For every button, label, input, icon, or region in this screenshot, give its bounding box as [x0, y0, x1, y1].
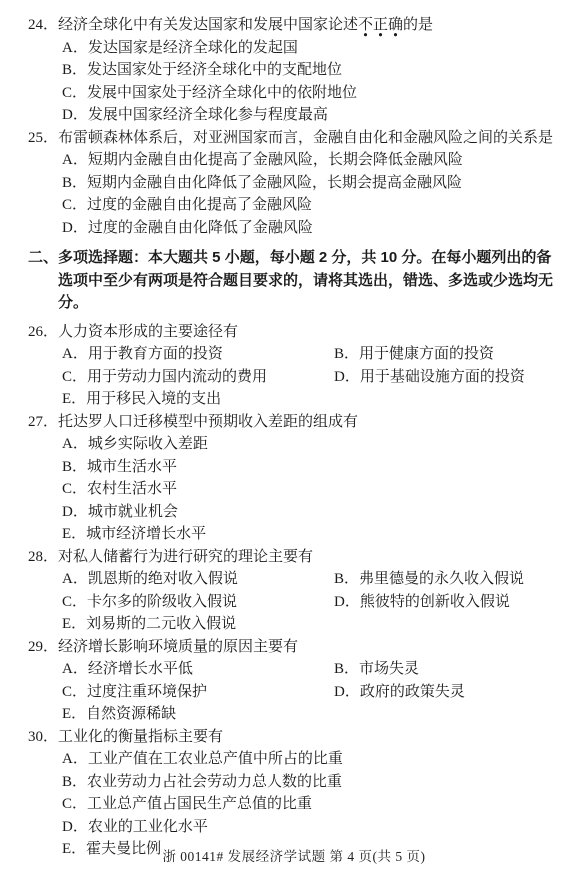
question-number: 29．: [28, 636, 58, 726]
option-b: B．城市生活水平: [58, 456, 566, 479]
option-b: B．短期内金融自由化降低了金融风险，长期会提高金融风险: [58, 172, 566, 195]
section-label: 二、: [28, 247, 58, 315]
question-stem: 托达罗人口迁移模型中预期收入差距的组成有: [58, 411, 566, 434]
question-number: 30．: [28, 726, 58, 861]
option-b: B．市场失灵: [334, 658, 566, 681]
option-c: C．过度注重环境保护: [62, 681, 334, 704]
option-c: C．农村生活水平: [58, 478, 566, 501]
question-stem: 布雷顿森林体系后，对亚洲国家而言，金融自由化和金融风险之间的关系是: [58, 127, 566, 150]
question-stem: 工业化的衡量指标主要有: [58, 726, 566, 749]
option-d: D．过度的金融自由化降低了金融风险: [58, 217, 566, 240]
options-grid: A．凯恩斯的绝对收入假说 B．弗里德曼的永久收入假说 C．卡尔多的阶级收入假说 …: [58, 568, 566, 636]
option-c: C．过度的金融自由化提高了金融风险: [58, 194, 566, 217]
options-grid: A．经济增长水平低 B．市场失灵 C．过度注重环境保护 D．政府的政策失灵 E．…: [58, 658, 566, 726]
question-25: 25． 布雷顿森林体系后，对亚洲国家而言，金融自由化和金融风险之间的关系是 A．…: [28, 127, 566, 240]
question-number: 27．: [28, 411, 58, 546]
page-footer: 浙 00141# 发展经济学试题 第 4 页(共 5 页): [0, 845, 588, 865]
option-d: D．熊彼特的创新收入假说: [334, 591, 566, 614]
question-29: 29． 经济增长影响环境质量的原因主要有 A．经济增长水平低 B．市场失灵 C．…: [28, 636, 566, 726]
option-b: B．弗里德曼的永久收入假说: [334, 568, 566, 591]
option-e: E．刘易斯的二元收入假说: [62, 613, 334, 636]
option-c: C．用于劳动力国内流动的费用: [62, 366, 334, 389]
question-number: 25．: [28, 127, 58, 240]
option-e: E．自然资源稀缺: [62, 703, 334, 726]
question-24: 24． 经济全球化中有关发达国家和发展中国家论述不正确的是 A．发达国家是经济全…: [28, 14, 566, 127]
question-30: 30． 工业化的衡量指标主要有 A．工业产值在工农业总产值中所占的比重 B．农业…: [28, 726, 566, 861]
stem-emphasis: 不正确: [358, 17, 403, 38]
option-a: A．用于教育方面的投资: [62, 343, 334, 366]
option-b: B．用于健康方面的投资: [334, 343, 566, 366]
option-e: E．用于移民入境的支出: [62, 388, 334, 411]
stem-text: 经济全球化中有关发达国家和发展中国家论述: [58, 17, 358, 33]
exam-page: { "section": { "label": "二、", "text": "多…: [0, 0, 588, 882]
option-e: E．城市经济增长水平: [58, 523, 566, 546]
option-a: A．发达国家是经济全球化的发起国: [58, 37, 566, 60]
section-instructions: 多项选择题：本大题共 5 小题，每小题 2 分，共 10 分。在每小题列出的备选…: [58, 247, 566, 315]
question-26: 26． 人力资本形成的主要途径有 A．用于教育方面的投资 B．用于健康方面的投资…: [28, 321, 566, 411]
question-stem: 对私人储蓄行为进行研究的理论主要有: [58, 546, 566, 569]
option-c: C．卡尔多的阶级收入假说: [62, 591, 334, 614]
option-c: C．工业总产值占国民生产总值的比重: [58, 793, 566, 816]
question-number: 28．: [28, 546, 58, 636]
option-d: D．农业的工业化水平: [58, 816, 566, 839]
question-28: 28． 对私人储蓄行为进行研究的理论主要有 A．凯恩斯的绝对收入假说 B．弗里德…: [28, 546, 566, 636]
option-b: B．农业劳动力占社会劳动力总人数的比重: [58, 771, 566, 794]
section-header: 二、 多项选择题：本大题共 5 小题，每小题 2 分，共 10 分。在每小题列出…: [28, 247, 566, 315]
option-d: D．城市就业机会: [58, 501, 566, 524]
question-stem: 人力资本形成的主要途径有: [58, 321, 566, 344]
option-d: D．政府的政策失灵: [334, 681, 566, 704]
option-a: A．经济增长水平低: [62, 658, 334, 681]
options-grid: A．用于教育方面的投资 B．用于健康方面的投资 C．用于劳动力国内流动的费用 D…: [58, 343, 566, 411]
option-b: B．发达国家处于经济全球化中的支配地位: [58, 59, 566, 82]
question-stem: 经济全球化中有关发达国家和发展中国家论述不正确的是: [58, 14, 566, 37]
question-number: 26．: [28, 321, 58, 411]
question-27: 27． 托达罗人口迁移模型中预期收入差距的组成有 A．城乡实际收入差距 B．城市…: [28, 411, 566, 546]
option-a: A．城乡实际收入差距: [58, 433, 566, 456]
question-number: 24．: [28, 14, 58, 127]
option-a: A．短期内金融自由化提高了金融风险，长期会降低金融风险: [58, 149, 566, 172]
option-d: D．用于基础设施方面的投资: [334, 366, 566, 389]
exam-body: 24． 经济全球化中有关发达国家和发展中国家论述不正确的是 A．发达国家是经济全…: [0, 0, 588, 861]
question-stem: 经济增长影响环境质量的原因主要有: [58, 636, 566, 659]
option-a: A．工业产值在工农业总产值中所占的比重: [58, 748, 566, 771]
option-d: D．发展中国家经济全球化参与程度最高: [58, 104, 566, 127]
stem-text: 的是: [403, 17, 433, 33]
option-c: C．发展中国家处于经济全球化中的依附地位: [58, 82, 566, 105]
option-a: A．凯恩斯的绝对收入假说: [62, 568, 334, 591]
